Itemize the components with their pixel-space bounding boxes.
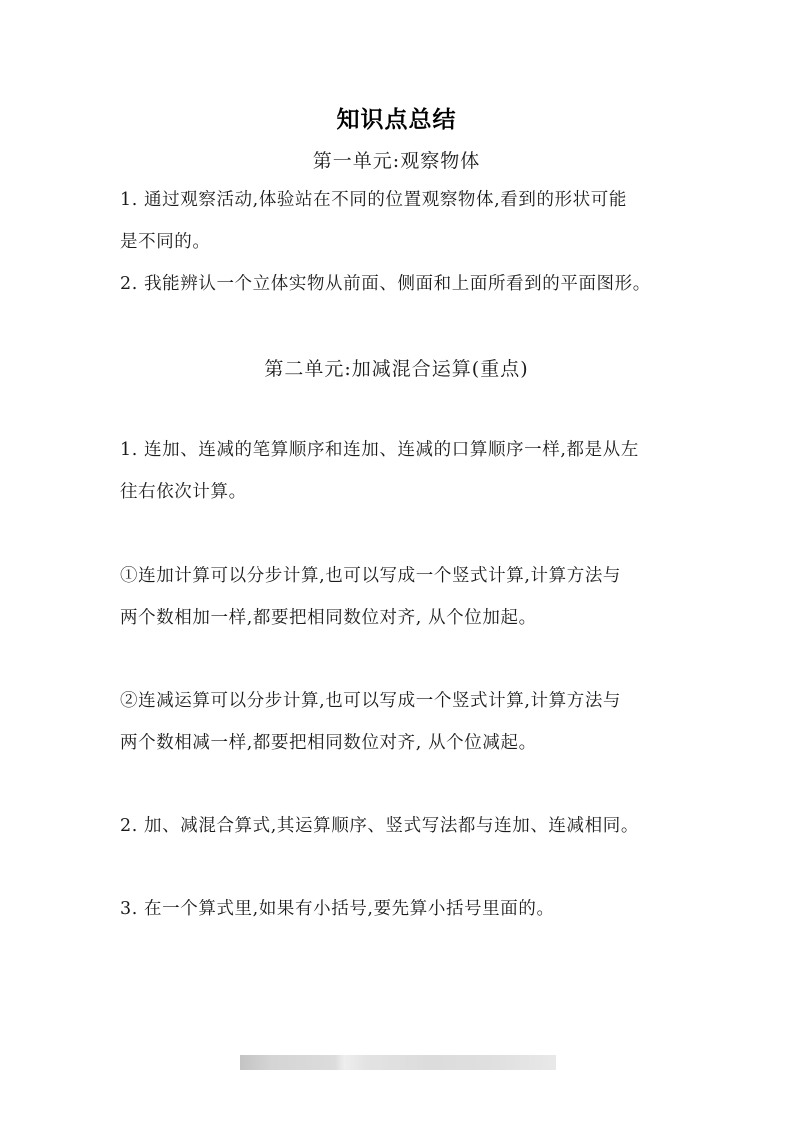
page-title: 知识点总结	[0, 101, 793, 134]
unit2-item2-line2: 两个数相加一样,都要把相同数位对齐, 从个位加起。	[120, 597, 680, 639]
unit1-heading: 第一单元:观察物体	[0, 146, 793, 173]
unit1-item2-line1: 2. 我能辨认一个立体实物从前面、侧面和上面所看到的平面图形。	[120, 263, 680, 305]
unit2-item3-line1: ②连减运算可以分步计算,也可以写成一个竖式计算,计算方法与	[120, 680, 680, 722]
unit2-item4-line1: 2. 加、减混合算式,其运算顺序、竖式写法都与连加、连减相同。	[120, 805, 680, 847]
unit2-heading: 第二单元:加减混合运算(重点)	[0, 354, 793, 381]
unit1-item1-line2: 是不同的。	[120, 221, 680, 263]
unit2-item5-line1: 3. 在一个算式里,如果有小括号,要先算小括号里面的。	[120, 888, 680, 930]
unit2-item2-line1: ①连加计算可以分步计算,也可以写成一个竖式计算,计算方法与	[120, 555, 680, 597]
unit1-item1-line1: 1. 通过观察活动,体验站在不同的位置观察物体,看到的形状可能	[120, 179, 680, 221]
unit2-item1-line1: 1. 连加、连减的笔算顺序和连加、连减的口算顺序一样,都是从左	[120, 429, 680, 471]
blurred-footer-watermark	[240, 1055, 556, 1070]
unit2-item1-line2: 往右依次计算。	[120, 471, 680, 513]
unit2-item3-line2: 两个数相减一样,都要把相同数位对齐, 从个位减起。	[120, 722, 680, 764]
